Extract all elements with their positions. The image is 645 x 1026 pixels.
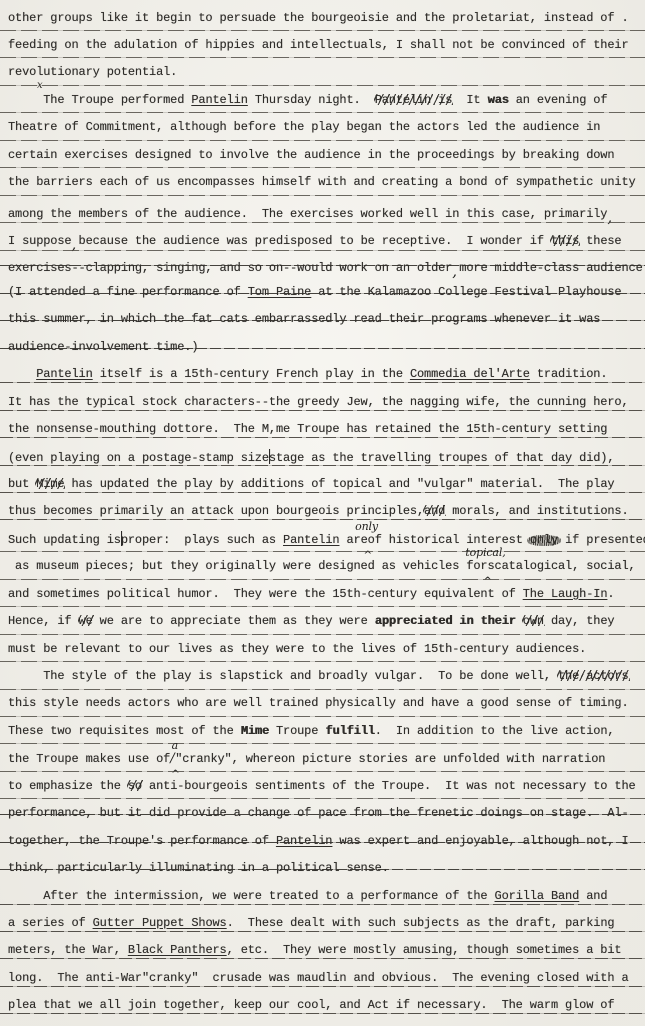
typewritten-text: Thursday night. xyxy=(248,93,375,107)
typewritten-text: thus becomes primarily an attack upon bo… xyxy=(8,504,424,518)
text-line-1: other groups like it begin to persuade t… xyxy=(0,9,645,36)
typewritten-text: more middle-class audience. xyxy=(452,261,645,275)
typewritten-text: (I attended a fine performance of xyxy=(8,285,248,299)
text-line-27: These two requisites most of the Mime Tr… xyxy=(0,722,645,749)
typewritten-text: these xyxy=(579,234,621,248)
typewritten-text: Hence, if xyxy=(8,614,79,628)
underlined-title: Tom Paine xyxy=(248,285,311,299)
typewritten-text: performance, but it did provide a change… xyxy=(8,806,629,820)
typewritten-text: audience-involvement time.) xyxy=(8,340,198,354)
text-line-33: After the intermission, we were treated … xyxy=(0,887,645,914)
crossed-out-text: own xyxy=(523,614,544,628)
typewritten-text: Theatre of Commitment, although before t… xyxy=(8,120,600,134)
underlined-title: Pantelin xyxy=(283,533,339,547)
typewritten-text: It has the typical stock characters--the… xyxy=(8,395,629,409)
typewritten-text: plea that we all join together, keep our… xyxy=(8,998,614,1012)
text-line-6: certain exercises designed to involve th… xyxy=(0,146,645,173)
typewritten-text: anti-bourgeois sentiments of the Troupe.… xyxy=(142,779,636,793)
typewritten-text: . xyxy=(607,587,614,601)
typewritten-text: must be relevant to our lives as they we… xyxy=(8,642,586,656)
typewritten-text: and xyxy=(579,889,607,903)
text-line-36: long. The anti-War"cranky" crusade was m… xyxy=(0,969,645,996)
text-line-17: (even playing on a postage-stamp size|st… xyxy=(0,448,645,475)
text-line-28: the Troupe makes use of/a"cranky", where… xyxy=(0,750,645,777)
document-page: other groups like it begin to persuade t… xyxy=(0,0,645,1026)
crossed-out-text: the actors xyxy=(558,669,629,683)
handwritten-word: only xyxy=(355,520,378,533)
typewritten-text: The style of the play is slapstick and b… xyxy=(8,669,558,683)
typewritten-text: day, they xyxy=(544,614,615,628)
typewritten-text: think, particularly illuminating in a po… xyxy=(8,861,389,875)
typewritten-text: to emphasize the xyxy=(8,779,128,793)
typewritten-text: we are to appreciate them as they were xyxy=(93,614,375,628)
text-line-32: think, particularly illuminating in a po… xyxy=(0,860,645,887)
text-line-12: this summer, in which the fat cats embar… xyxy=(0,311,645,338)
typewritten-text: has updated the play by additions of top… xyxy=(64,477,614,491)
typewritten-text: The Troupe performed xyxy=(8,93,191,107)
text-line-3: revolutionary potential.x xyxy=(0,64,645,91)
crossed-out-text: Mime xyxy=(36,477,64,491)
underlined-title: Black Panthers xyxy=(128,943,227,957)
typewritten-text: scatalogical, social, xyxy=(487,559,635,573)
underlined-title: Pantelin xyxy=(191,93,247,107)
text-line-37: plea that we all join together, keep our… xyxy=(0,997,645,1024)
overstruck-text: Mime xyxy=(241,724,269,738)
text-line-2: feeding on the adulation of hippies and … xyxy=(0,36,645,63)
text-line-11: (I attended a fine performance of Tom Pa… xyxy=(0,283,645,310)
text-line-24: must be relevant to our lives as they we… xyxy=(0,640,645,667)
typewritten-text: tradition. xyxy=(530,367,608,381)
typewritten-text: long. The anti-War"cranky" crusade was m… xyxy=(8,971,629,985)
typewritten-text: this summer, in which the fat cats embar… xyxy=(8,312,600,326)
crossed-out-text: so xyxy=(128,779,142,793)
text-line-29: to emphasize the so anti-bourgeois senti… xyxy=(0,777,645,804)
text-line-21: as museum pieces; but they originally we… xyxy=(0,558,645,585)
typewritten-text: and sometimes political humor. They were… xyxy=(8,587,523,601)
typewritten-text: a series of xyxy=(8,916,93,930)
typewritten-text: After the intermission, we were treated … xyxy=(8,889,495,903)
text-line-5: Theatre of Commitment, although before t… xyxy=(0,119,645,146)
text-line-14: Pantelin itself is a 15th-century French… xyxy=(0,366,645,393)
typewritten-text: among the members of the audience. The e… xyxy=(8,207,607,221)
typewritten-text: this style needs actors who are well tra… xyxy=(8,696,629,710)
underlined-title: Pantelin xyxy=(36,367,92,381)
typewritten-text: exercises--clapping, singing, and so on-… xyxy=(8,261,452,275)
typewritten-text: certain exercises designed to involve th… xyxy=(8,148,614,162)
typewritten-text xyxy=(8,367,36,381)
text-line-7: the barriers each of us encompasses hims… xyxy=(0,174,645,201)
crossed-out-text: this xyxy=(551,234,579,248)
typewritten-text: itself is a 15th-century French play in … xyxy=(93,367,410,381)
typewritten-text: as museum pieces; but they originally we… xyxy=(8,559,487,573)
text-line-22: and sometimes political humor. They were… xyxy=(0,585,645,612)
typewritten-text: These two requisites most of the xyxy=(8,724,241,738)
typewritten-text: proper: plays such as xyxy=(121,533,283,547)
typewritten-text: other groups like it begin to persuade t… xyxy=(8,11,629,25)
overstruck-text: fulfill xyxy=(325,724,374,738)
typewritten-text: an evening of xyxy=(509,93,608,107)
underlined-title: Commedia del'Arte xyxy=(410,367,530,381)
typewritten-text: Troupe xyxy=(269,724,325,738)
typewritten-text: meters, the War, xyxy=(8,943,128,957)
text-line-25: The style of the play is slapstick and b… xyxy=(0,668,645,695)
typewritten-text: the nonsense-mouthing dottore. The M,me … xyxy=(8,422,607,436)
text-line-26: this style needs actors who are well tra… xyxy=(0,695,645,722)
typewritten-text: was expert and enjoyable, although not, … xyxy=(332,834,628,848)
overstruck-text: was xyxy=(488,93,509,107)
typewritten-text: because the audience was predisposed to … xyxy=(71,234,550,248)
typewritten-text: at the Kalamazoo College Festival Playho… xyxy=(311,285,621,299)
underlined-title: The Laugh-In xyxy=(523,587,608,601)
typewritten-text: Such updating is xyxy=(8,533,121,547)
text-line-19: thus becomes primarily an attack upon bo… xyxy=(0,503,645,530)
typewritten-text: (even playing on a postage-stamp size xyxy=(8,451,269,465)
text-line-13: audience-involvement time.) xyxy=(0,338,645,365)
typewritten-text: morals, and institutions. xyxy=(445,504,628,518)
crossed-out-text: Pantelin is xyxy=(375,93,453,107)
text-line-30: performance, but it did provide a change… xyxy=(0,805,645,832)
text-line-34: a series of Gutter Puppet Shows. These d… xyxy=(0,914,645,941)
typewritten-text: . In addition to the live action, xyxy=(375,724,615,738)
text-line-15: It has the typical stock characters--the… xyxy=(0,393,645,420)
text-line-16: the nonsense-mouthing dottore. The M,me … xyxy=(0,421,645,448)
typewritten-text: . These dealt with such subjects as the … xyxy=(227,916,615,930)
typewritten-text: It xyxy=(452,93,487,107)
text-line-20: Such updating is|proper: plays such as P… xyxy=(0,530,645,557)
text-line-9: I suppose, because the audience was pred… xyxy=(0,229,645,256)
text-line-18: but Mime has updated the play by additio… xyxy=(0,475,645,502)
typewritten-text: stage as the travelling troupes of that … xyxy=(269,451,615,465)
text-line-23: Hence, if we we are to appreciate them a… xyxy=(0,613,645,640)
typewritten-text: , etc. They were mostly amusing, though … xyxy=(227,943,622,957)
typewritten-text: "cranky", whereon picture stories are un… xyxy=(175,752,605,766)
underlined-title: Pantelin xyxy=(276,834,332,848)
underlined-title: Gutter Puppet Shows xyxy=(93,916,227,930)
typewritten-text: I suppose xyxy=(8,234,71,248)
typewritten-text: are xyxy=(339,533,367,547)
handwritten-word: a xyxy=(172,739,178,752)
typewritten-text: if presented xyxy=(558,533,645,547)
text-line-8: among the members of the audience. The e… xyxy=(0,201,645,228)
typewritten-text: revolutionary potential. xyxy=(8,65,177,79)
typewritten-text: together, the Troupe's performance of xyxy=(8,834,276,848)
text-line-4: The Troupe performed Pantelin Thursday n… xyxy=(0,91,645,118)
typewritten-text: but xyxy=(8,477,36,491)
crossed-out-text: we xyxy=(79,614,93,628)
underlined-title: Gorilla Band xyxy=(495,889,580,903)
typewritten-text: the Troupe makes use of xyxy=(8,752,170,766)
handwritten-word: topical, xyxy=(465,546,505,559)
overstruck-text: appreciated in their xyxy=(375,614,516,628)
typewritten-text: feeding on the adulation of hippies and … xyxy=(8,38,629,52)
text-line-10: exercises--clapping, singing, and so on-… xyxy=(0,256,645,283)
crossed-out-text: and xyxy=(424,504,445,518)
handwritten-pen-mark: x xyxy=(37,80,43,91)
typewritten-text: of historical interest xyxy=(368,533,530,547)
typewritten-text: the barriers each of us encompasses hims… xyxy=(8,175,636,189)
scribbled-out-text: only xyxy=(530,533,558,547)
text-line-35: meters, the War, Black Panthers, etc. Th… xyxy=(0,942,645,969)
text-line-31: together, the Troupe's performance of Pa… xyxy=(0,832,645,859)
